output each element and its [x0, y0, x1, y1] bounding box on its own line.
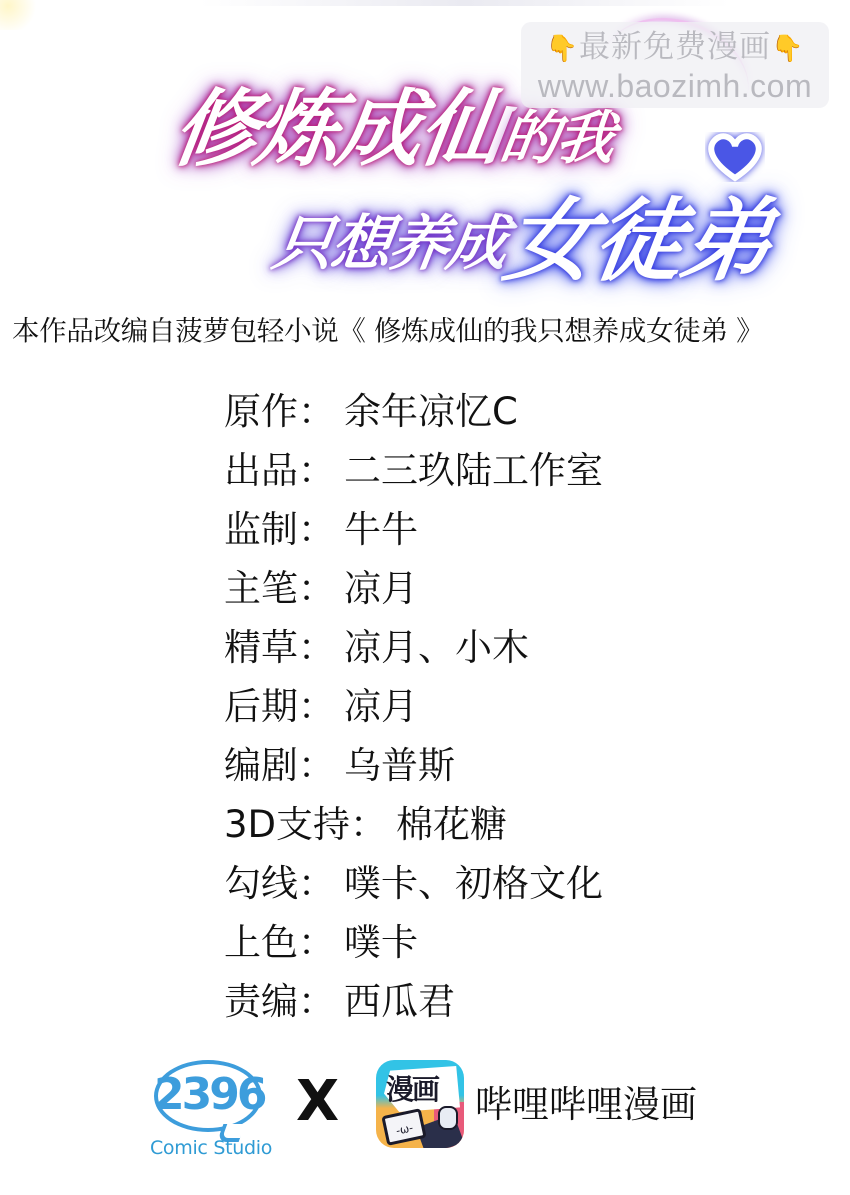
credit-label: 后期 [224, 683, 298, 742]
credit-row-post-production: 后期：凉月 [224, 683, 603, 742]
thumbs-up-icon [438, 1106, 458, 1130]
credit-value: 噗卡 [344, 919, 418, 978]
credit-colon: ： [298, 624, 344, 683]
credits-list: 原作：余年凉忆C 出品：二三玖陆工作室 监制：牛牛 主笔：凉月 精草：凉月、小木… [224, 388, 603, 1037]
pointing-down-hand-icon: 👇 [771, 34, 804, 64]
credit-row-lead-artist: 主笔：凉月 [224, 565, 603, 624]
watermark-line-1: 👇最新免费漫画👇 [521, 28, 829, 68]
bilibili-comics-app-icon: 漫画 -ω- [376, 1060, 464, 1148]
corner-glow [0, 0, 40, 30]
studio-2396-logo: 2396 Comic Studio [146, 1058, 276, 1166]
credit-row-sketch: 精草：凉月、小木 [224, 624, 603, 683]
credit-label: 上色 [224, 919, 298, 978]
credit-row-original-author: 原作：余年凉忆C [224, 388, 603, 447]
credit-label: 编剧 [224, 742, 298, 801]
credit-colon: ： [298, 683, 344, 742]
credit-value: 噗卡、初格文化 [344, 860, 603, 919]
credit-colon: ： [298, 565, 344, 624]
app-name: 哔哩哔哩漫画 [475, 1082, 697, 1128]
credit-label: 勾线 [224, 860, 298, 919]
studio-number: 2396 [154, 1068, 262, 1122]
credit-colon: ： [298, 919, 344, 978]
title-line-2-big: 女徒弟 [498, 189, 777, 294]
credit-value: 二三玖陆工作室 [344, 447, 603, 506]
credit-label: 监制 [224, 506, 298, 565]
title-line-2: 只想养成女徒弟 [266, 168, 780, 298]
title-line-1-main: 修炼成仙 [167, 80, 509, 178]
pointing-down-hand-icon: 👇 [546, 34, 579, 64]
credit-colon: ： [298, 506, 344, 565]
credit-row-editor: 责编：西瓜君 [224, 978, 603, 1037]
credit-label: 精草 [224, 624, 298, 683]
credit-value: 凉月、小木 [344, 624, 529, 683]
watermark-banner: 👇最新免费漫画👇 www.baozimh.com [521, 22, 829, 108]
credit-value: 牛牛 [344, 506, 418, 565]
credit-row-screenwriter: 编剧：乌普斯 [224, 742, 603, 801]
top-edge-fade [200, 0, 730, 6]
studio-name: Comic Studio [146, 1137, 276, 1159]
credit-colon: ： [350, 801, 396, 860]
credit-value: 余年凉忆C [344, 388, 518, 447]
adaptation-note: 本作品改编自菠萝包轻小说《 修炼成仙的我只想养成女徒弟 》 [12, 311, 850, 351]
credit-colon: ： [298, 447, 344, 506]
watermark-url: www.baozimh.com [521, 68, 829, 104]
collaboration-x-mark: X [296, 1070, 339, 1134]
credit-label: 责编 [224, 978, 298, 1037]
credit-row-3d-support: 3D支持：棉花糖 [224, 801, 603, 860]
credit-row-line-art: 勾线：噗卡、初格文化 [224, 860, 603, 919]
credit-label: 主笔 [224, 565, 298, 624]
credit-label: 出品 [224, 447, 298, 506]
credit-value: 凉月 [344, 565, 418, 624]
watermark-slogan: 最新免费漫画 [579, 29, 771, 65]
app-icon-kanji: 漫画 [386, 1068, 438, 1108]
credit-label: 3D支持 [224, 801, 350, 860]
credit-row-producer: 出品：二三玖陆工作室 [224, 447, 603, 506]
credit-colon: ： [298, 978, 344, 1037]
credit-row-coloring: 上色：噗卡 [224, 919, 603, 978]
credit-colon: ： [298, 860, 344, 919]
credit-colon: ： [298, 388, 344, 447]
heart-icon [705, 132, 765, 182]
title-line-2-small: 只想养成 [269, 209, 511, 279]
credit-value: 棉花糖 [396, 801, 507, 860]
credit-label: 原作 [224, 388, 298, 447]
credit-colon: ： [298, 742, 344, 801]
credit-value: 凉月 [344, 683, 418, 742]
credit-row-supervisor: 监制：牛牛 [224, 506, 603, 565]
credit-value: 西瓜君 [344, 978, 455, 1037]
credit-value: 乌普斯 [344, 742, 455, 801]
title-line-1-small: 的我 [496, 104, 618, 172]
